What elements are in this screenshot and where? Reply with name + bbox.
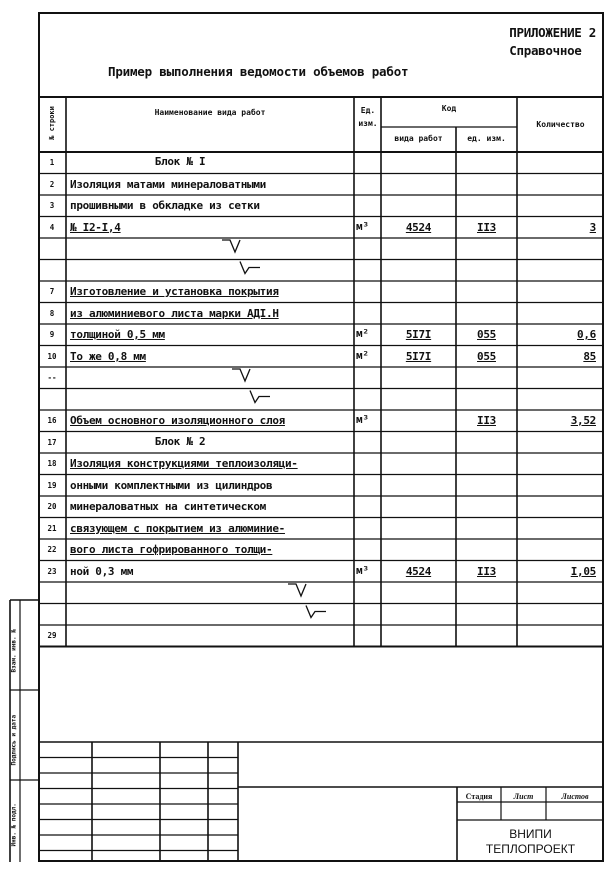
organization-name: ВНИПИ ТЕПЛОПРОЕКТ [457,827,604,857]
margin-label-replacement-inv: Взам. инв. № [11,625,18,673]
margin-label-signature-date: Подпись и дата [11,698,18,766]
sheet-label: Лист [501,792,546,801]
organization-line2: ТЕПЛОПРОЕКТ [457,842,604,857]
margin-label-original-inv: Инв. № подл. [11,791,18,847]
table-grid [0,0,608,872]
sheets-label: Листов [546,792,604,801]
stage-label: Стадия [457,792,501,801]
organization-line1: ВНИПИ [457,827,604,842]
